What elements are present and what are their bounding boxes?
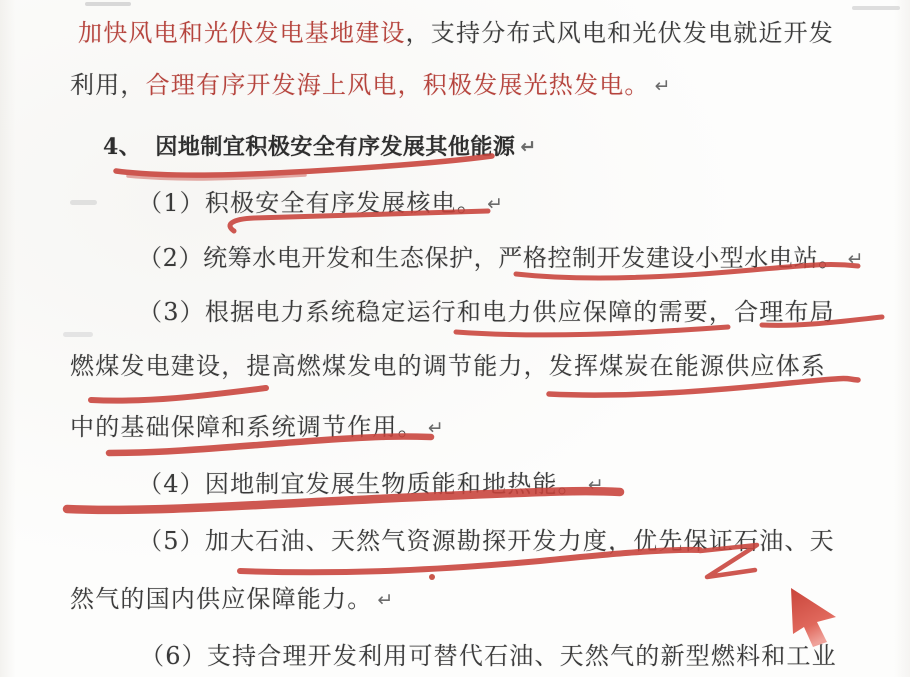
- body-text: （2）统筹水电开发和生态保护，严格控制开发建设小型水电站。: [138, 244, 843, 272]
- doc-line: （4）因地制宜发展生物质能和地热能。↵: [138, 469, 604, 500]
- underline-coal-build: [91, 388, 266, 401]
- body-text: 燃煤发电建设，提高燃煤发电的调节能力，发挥煤炭在能源供应体系: [70, 352, 826, 380]
- body-text: 中的基础保障和系统调节作用。: [70, 413, 423, 441]
- paragraph-mark: ↵: [520, 136, 536, 158]
- paragraph-mark: ↵: [377, 589, 393, 611]
- red-ink-dot: [429, 574, 435, 580]
- doc-line: 加快风电和光伏发电基地建设，支持分布式风电和光伏发电就近开发: [78, 18, 834, 48]
- doc-line: （6）支持合理开发利用可替代石油、天然气的新型燃料和工业: [140, 641, 837, 671]
- section-number: 4、: [103, 134, 141, 160]
- doc-line: 利用，合理有序开发海上风电，积极发展光热发电。↵: [70, 70, 671, 101]
- paragraph-mark: ↵: [848, 248, 864, 270]
- body-text: （1）积极安全有序发展核电。: [138, 189, 482, 217]
- underline-item-3-needs: [456, 327, 728, 335]
- underline-heading-second-pass: [128, 175, 305, 179]
- body-text: （5）加大石油、天然气资源勘探开发力度，优先保证石油、天: [138, 527, 835, 555]
- doc-line: （2）统筹水电开发和生态保护，严格控制开发建设小型水电站。↵: [138, 243, 864, 274]
- paragraph-mark: ↵: [655, 75, 671, 97]
- scan-artifact-left-2: [63, 332, 93, 337]
- scan-artifact-top-left: [85, 2, 131, 6]
- scan-artifact-left-1: [70, 200, 97, 205]
- doc-line: 燃煤发电建设，提高燃煤发电的调节能力，发挥煤炭在能源供应体系: [70, 351, 826, 381]
- doc-line: （1）积极安全有序发展核电。↵: [138, 188, 503, 219]
- red-pointer-arrow-icon: [791, 588, 836, 647]
- body-text: （4）因地制宜发展生物质能和地热能。: [138, 470, 583, 498]
- doc-line: 中的基础保障和系统调节作用。↵: [70, 412, 444, 443]
- body-text: （3）根据电力系统稳定运行和电力供应保障的需要，合理布局: [138, 298, 835, 326]
- red-pen-annotations: [0, 0, 910, 677]
- scan-artifact-top-right: [852, 6, 900, 10]
- body-text: 利用，: [70, 71, 146, 99]
- body-text: ，支持分布式风电和光伏发电就近开发: [406, 19, 834, 47]
- section-heading: 4、因地制宜积极安全有序发展其他能源↵: [103, 132, 536, 162]
- red-emphasis-text: 加快风电和光伏发电基地建设: [78, 19, 406, 47]
- body-text: 然气的国内供应保障能力。: [70, 585, 372, 613]
- doc-line: （3）根据电力系统稳定运行和电力供应保障的需要，合理布局: [138, 297, 835, 327]
- doc-line: （5）加大石油、天然气资源勘探开发力度，优先保证石油、天: [138, 526, 835, 556]
- red-emphasis-text: 合理有序开发海上风电，积极发展光热发电。: [146, 71, 650, 99]
- paragraph-mark: ↵: [487, 193, 503, 215]
- document-page: 加快风电和光伏发电基地建设，支持分布式风电和光伏发电就近开发 利用，合理有序开发…: [0, 0, 910, 677]
- section-title: 因地制宜积极安全有序发展其他能源: [155, 134, 515, 160]
- body-text: （6）支持合理开发利用可替代石油、天然气的新型燃料和工业: [140, 642, 837, 670]
- doc-line: 然气的国内供应保障能力。↵: [70, 584, 393, 615]
- paragraph-mark: ↵: [428, 417, 444, 439]
- paragraph-mark: ↵: [588, 474, 604, 496]
